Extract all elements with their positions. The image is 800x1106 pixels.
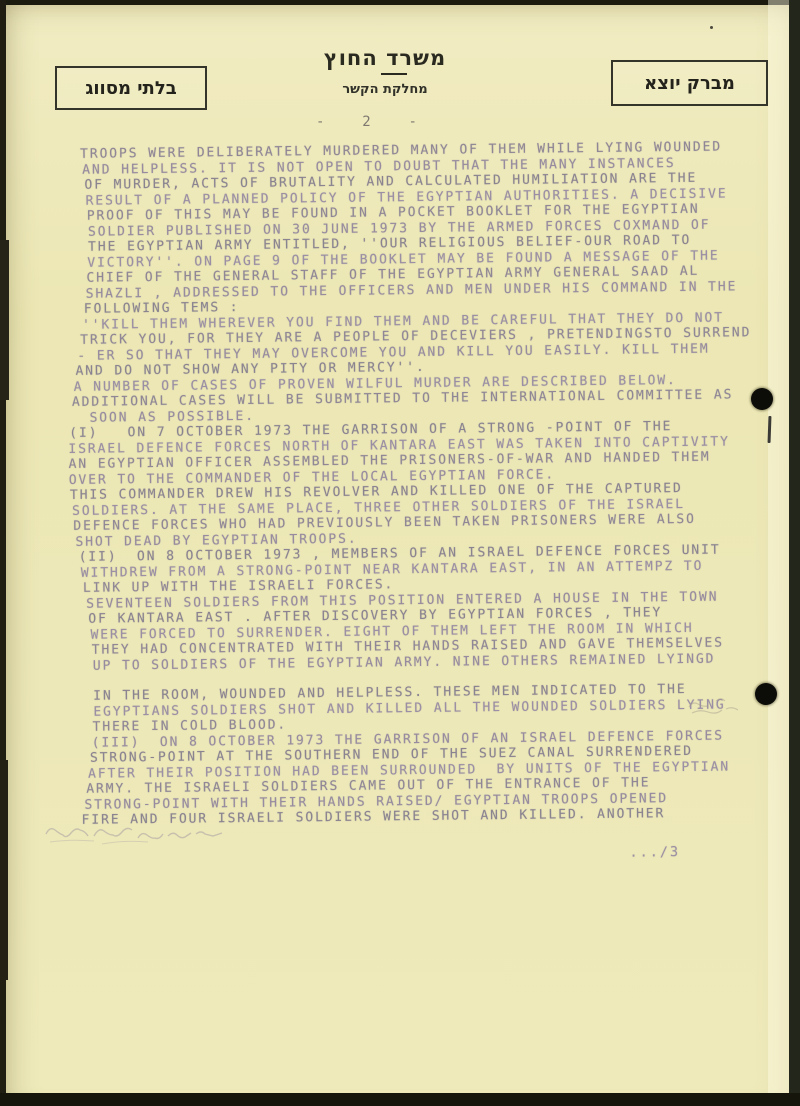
scanned-telegram-page: משרד החוץ מחלקת הקשר בלתי מסווג מברק יוצ…	[0, 0, 800, 1106]
scan-right-highlight	[768, 0, 789, 1106]
scan-edge-left-rough	[0, 240, 9, 400]
scan-edge-top	[0, 0, 800, 5]
outgoing-telegram-stamp: מברק יוצא	[611, 60, 768, 106]
scan-edge-right	[789, 0, 800, 1106]
punch-hole-top	[751, 388, 773, 410]
scan-edge-left-rough2	[0, 760, 8, 980]
typewritten-paragraph: (II) ON 8 OCTOBER 1973 , MEMBERS OF AN I…	[69, 542, 770, 674]
typewritten-paragraph: ''KILL THEM WHEREVER YOU FIND THEM AND B…	[66, 310, 767, 426]
typewritten-text: TROOPS WERE DELIBERATELY MURDERED MANY O…	[64, 139, 772, 828]
typewritten-paragraph: TROOPS WERE DELIBERATELY MURDERED MANY O…	[64, 139, 766, 317]
unclassified-stamp-label: בלתי מסווג	[85, 78, 176, 99]
document-body: TROOPS WERE DELIBERATELY MURDERED MANY O…	[64, 139, 772, 866]
margin-handwriting	[42, 820, 227, 850]
scan-edge-bottom	[0, 1093, 800, 1106]
punch-hole-bottom	[755, 683, 777, 705]
pencil-scribble	[686, 693, 744, 719]
page-number: - 2 -	[0, 114, 740, 130]
scan-speck	[710, 26, 713, 29]
typewritten-paragraph: (III) ON 8 OCTOBER 1973 THE GARRISON OF …	[71, 728, 772, 829]
typewritten-paragraph: (I) ON 7 OCTOBER 1973 THE GARRISON OF A …	[67, 418, 768, 550]
outgoing-telegram-stamp-label: מברק יוצא	[644, 73, 735, 94]
unclassified-stamp: בלתי מסווג	[55, 66, 207, 110]
ministry-title-underline	[381, 73, 407, 75]
typewritten-paragraph: IN THE ROOM, WOUNDED AND HELPLESS. THESE…	[70, 681, 770, 735]
